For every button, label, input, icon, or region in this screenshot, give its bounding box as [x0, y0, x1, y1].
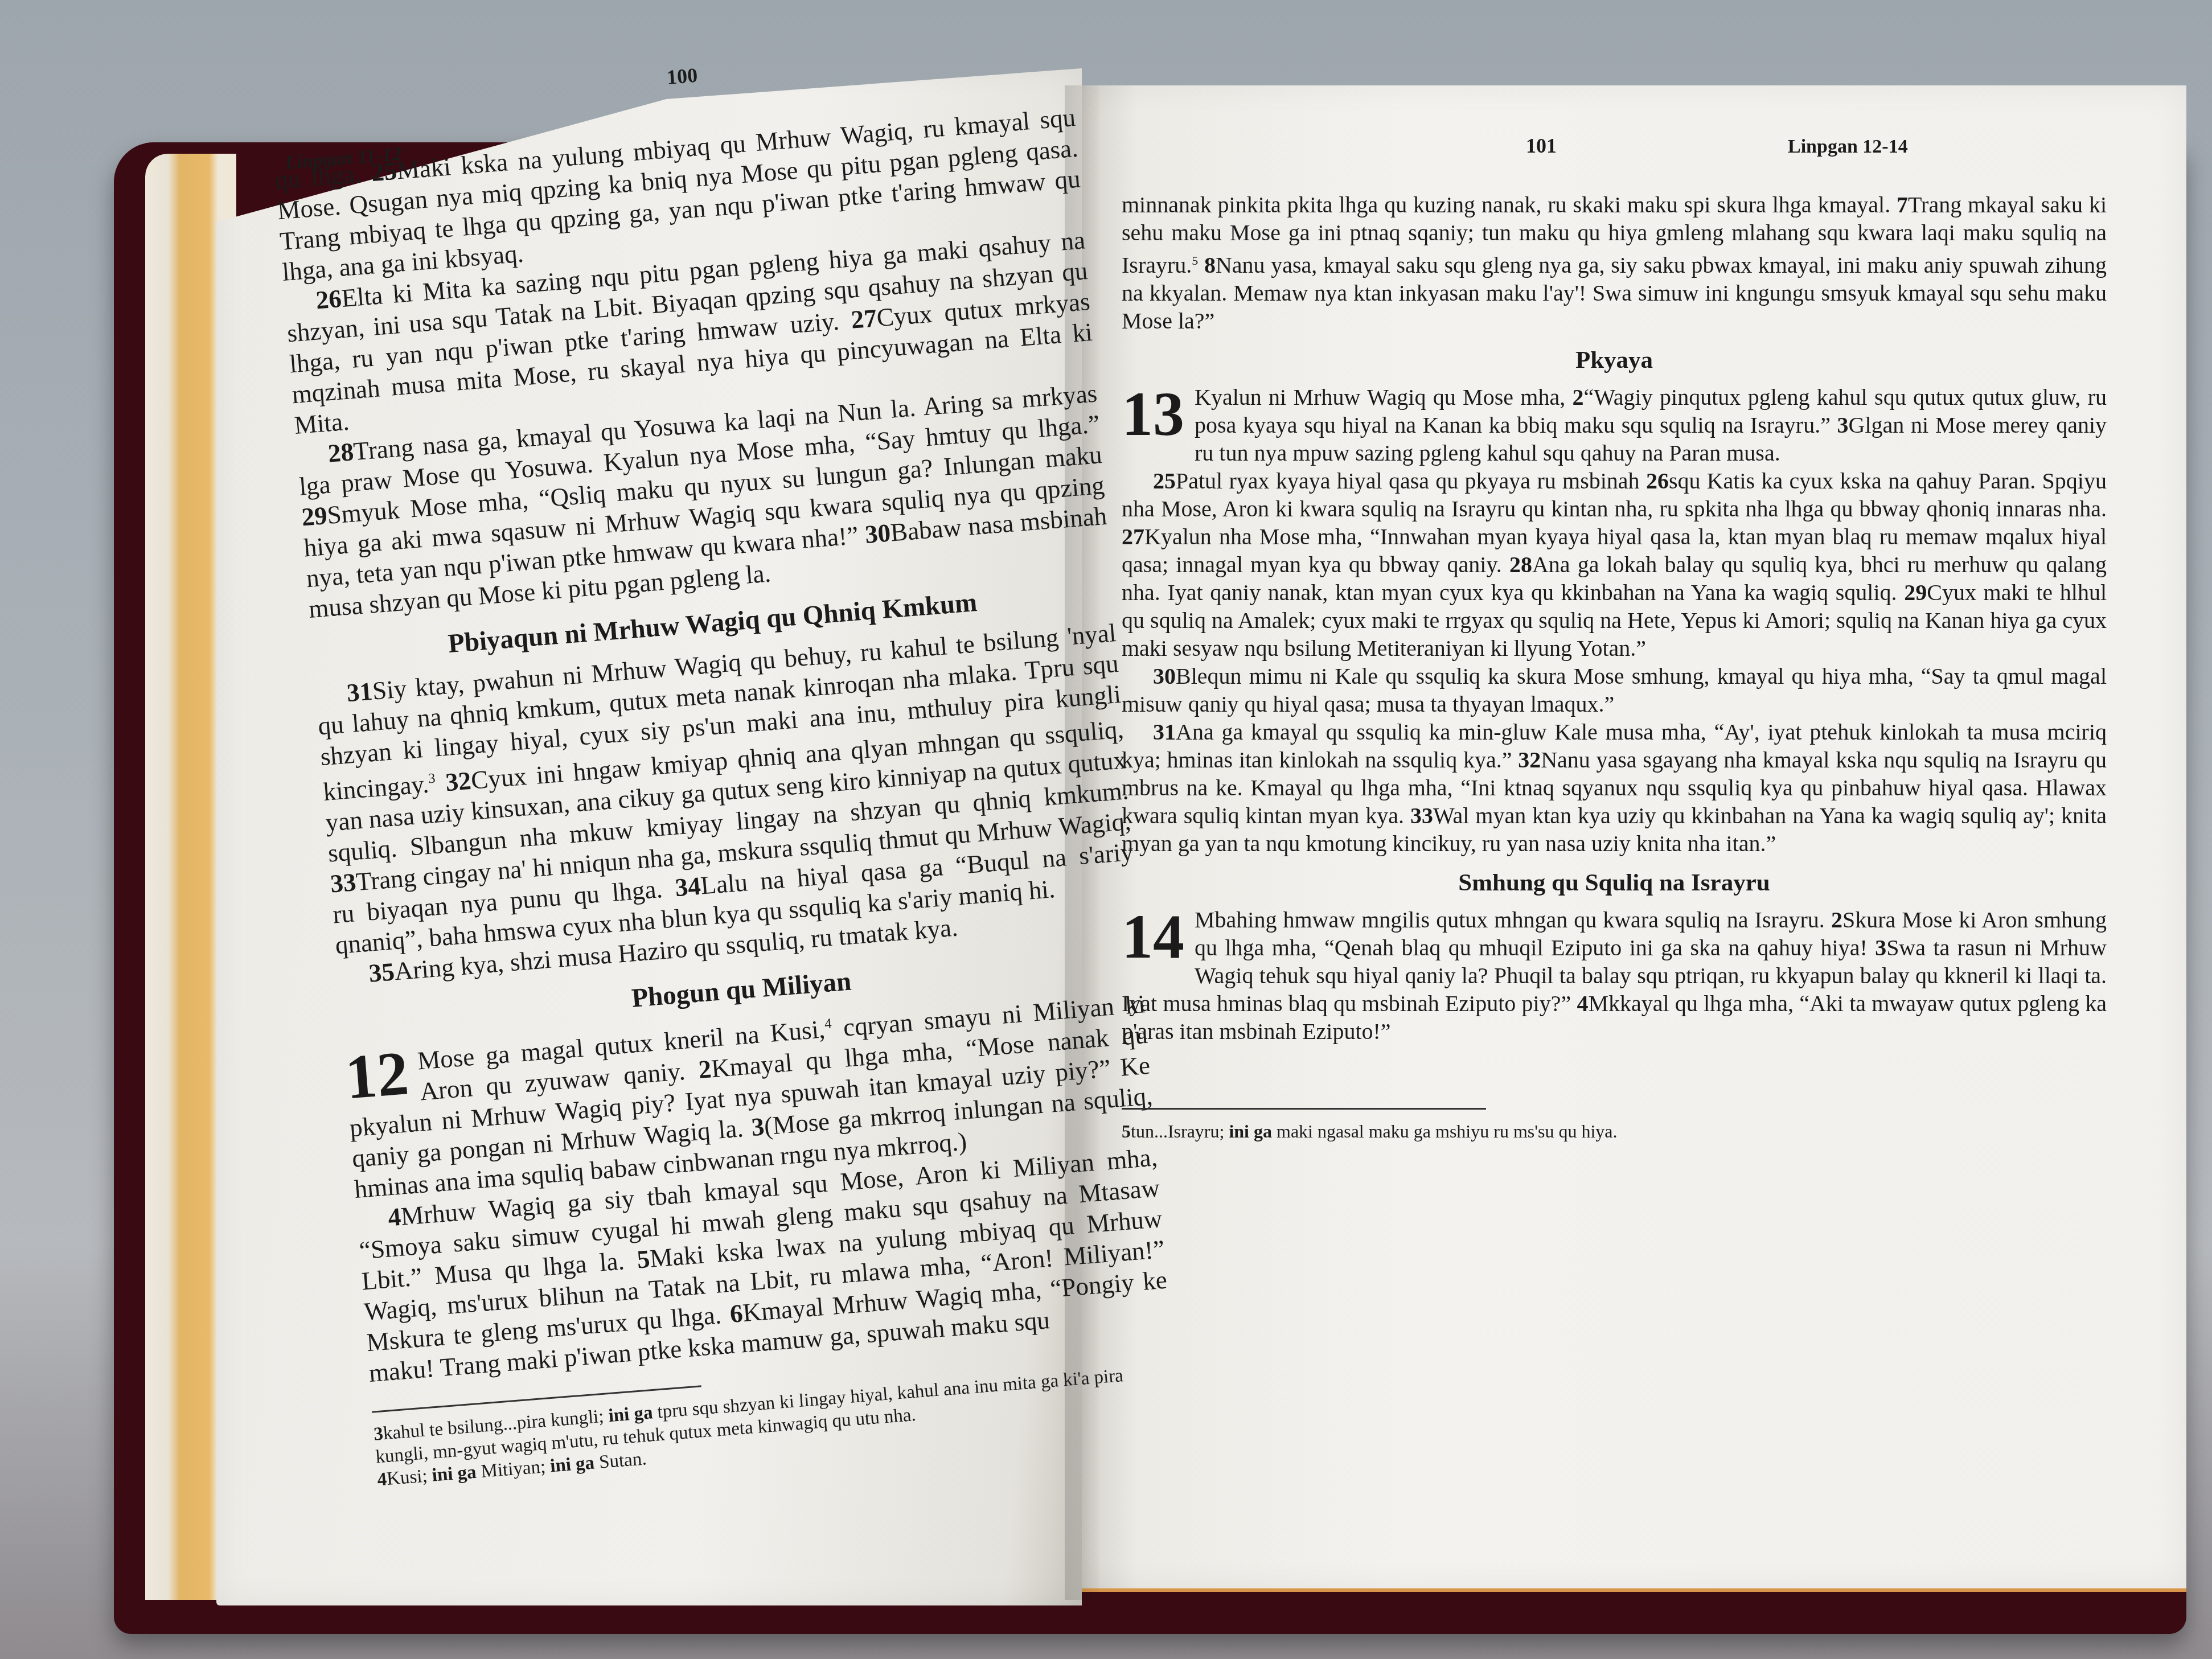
emphasis: ini ga	[431, 1462, 477, 1486]
verse-number: 2	[1573, 384, 1584, 410]
chapter-opening: 13Kyalun ni Mrhuw Wagiq qu Mose mha, 2“W…	[1122, 383, 2107, 467]
verse-number: 32	[1518, 747, 1541, 773]
page-number: 101	[1526, 134, 1557, 158]
footnote-divider	[1122, 1108, 1486, 1110]
verse-number: 2	[697, 1054, 712, 1084]
emphasis: ini ga	[549, 1452, 596, 1476]
verse-number: 8	[1204, 252, 1216, 278]
running-title: Linpgan 12-14	[1788, 136, 1908, 158]
body-text: qu lhga. 25Maki kska na yulung mbiyaq qu…	[274, 102, 1171, 1389]
paragraph: minnanak pinkita pkita lhga qu kuzing na…	[1122, 191, 2107, 335]
verse-number: 34	[674, 872, 702, 902]
chapter-opening: 14Mbahing hmwaw mngilis qutux mhngan qu …	[1122, 906, 2107, 1045]
running-head: 101 Linpgan 12-14	[1122, 128, 2107, 191]
paragraph: 31Ana ga kmayal qu ssquliq ka min-gluw K…	[1122, 718, 2107, 857]
verse-number: 26	[315, 284, 343, 314]
emphasis: ini ga	[1229, 1121, 1272, 1141]
verse-number: 6	[729, 1299, 744, 1328]
footnote-number: 3	[373, 1423, 384, 1444]
verse-number: 33	[329, 868, 357, 898]
left-page: 100 Linpgan 11-12 qu lhga. 25Maki kska n…	[268, 22, 1179, 1491]
verse-number: 7	[1897, 192, 1908, 217]
verse-number: 27	[1122, 524, 1144, 549]
verse-number: 31	[1153, 719, 1176, 745]
verse-number: 2	[1831, 907, 1842, 933]
verse-number: 28	[327, 437, 355, 467]
verse-number: 31	[346, 677, 374, 707]
verse-number: 32	[445, 766, 473, 796]
footnote-marker: 5	[1192, 253, 1198, 268]
footnote-number: 4	[376, 1469, 387, 1490]
verse-number: 29	[301, 501, 329, 531]
verse-number: 3	[1837, 412, 1849, 438]
verse-number: 3	[750, 1112, 765, 1141]
verse-number: 25	[1153, 468, 1176, 494]
right-page: 101 Linpgan 12-14 minnanak pinkita pkita…	[1122, 128, 2107, 1143]
verse-number: 35	[368, 957, 396, 987]
paragraph: 30Blequn mimu ni Kale qu ssquliq ka skur…	[1122, 662, 2107, 718]
verse-number: 3	[1875, 935, 1886, 960]
paragraph: 25Patul ryax kyaya hiyal qasa qu pkyaya …	[1122, 467, 2107, 662]
section-heading: Smhung qu Squliq na Israyru	[1122, 869, 2107, 897]
verse-number: 5	[636, 1245, 651, 1274]
section-heading: Pkyaya	[1122, 346, 2107, 374]
verse-number: 30	[1153, 663, 1176, 689]
verse-number: 30	[864, 519, 892, 549]
verse-number: 4	[1577, 991, 1588, 1016]
body-text: minnanak pinkita pkita lhga qu kuzing na…	[1122, 191, 2107, 1045]
verse-number: 33	[1410, 803, 1433, 828]
page-number: 100	[666, 63, 698, 89]
verse-number: 27	[850, 303, 878, 334]
footnotes: 5tun...Israyru; ini ga maki ngasal maku …	[1122, 1120, 2107, 1143]
footnote: 5tun...Israyru; ini ga maki ngasal maku …	[1122, 1120, 2107, 1143]
verse-number: 29	[1904, 580, 1927, 605]
chapter-number: 14	[1122, 909, 1184, 964]
chapter-number: 12	[343, 1045, 410, 1104]
chapter-number: 13	[1122, 387, 1184, 441]
footnote-marker: 3	[428, 771, 436, 787]
footnote-number: 5	[1122, 1121, 1131, 1141]
verse-number: 28	[1509, 552, 1532, 577]
footnote-marker: 4	[824, 1016, 832, 1032]
emphasis: ini ga	[608, 1402, 654, 1426]
verse-number: 26	[1646, 468, 1669, 494]
verse-number: 4	[387, 1202, 402, 1232]
